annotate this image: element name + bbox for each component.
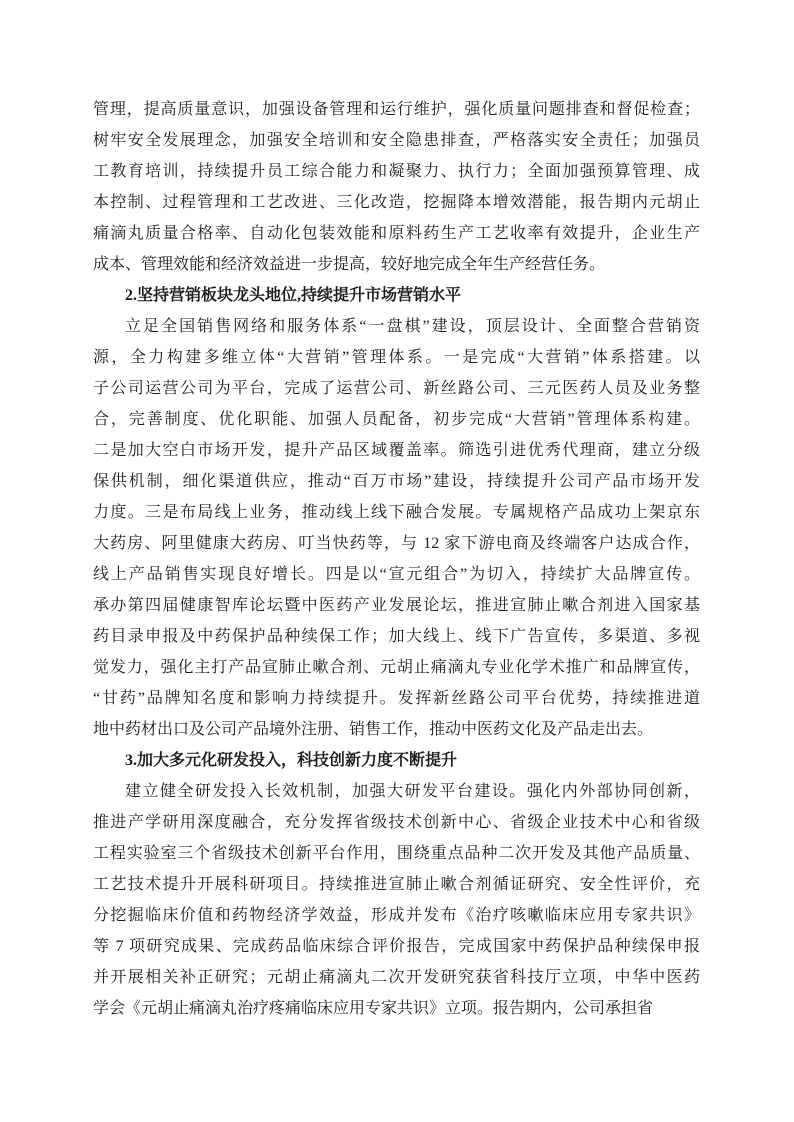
document-page: 管理，提高质量意识，加强设备管理和运行维护，强化质量问题排查和督促检查；树牢安全… [0, 0, 794, 1122]
text-line: 合，完善制度、优化职能、加强人员配备，初步完成“大营销”管理体系构建。 [93, 404, 700, 435]
text-line: 痛滴丸质量合格率、自动化包装效能和原料药生产工艺收率有效提升，企业生产 [93, 218, 700, 249]
paragraph: 立足全国销售网络和服务体系“一盘棋”建设，顶层设计、全面整合营销资源，全力构建多… [93, 311, 700, 745]
text-line: 等 7 项研究成果、完成药品临床综合评价报告，完成国家中药保护品种续保申报 [93, 931, 700, 962]
text-line: 建立健全研发投入长效机制，加强大研发平台建设。强化内外部协同创新， [93, 776, 700, 807]
text-line: 工教育培训，持续提升员工综合能力和凝聚力、执行力；全面加强预算管理、成 [93, 156, 700, 187]
section-heading: 3.加大多元化研发投入，科技创新力度不断提升 [93, 745, 700, 776]
text-line: 线上产品销售实现良好增长。四是以“宣元组合”为切入，持续扩大品牌宣传。 [93, 559, 700, 590]
text-line: 大药房、阿里健康大药房、叮当快药等，与 12 家下游电商及终端客户达成合作， [93, 528, 700, 559]
text-line: 地中药材出口及公司产品境外注册、销售工作，推动中医药文化及产品走出去。 [93, 714, 700, 745]
text-line: 二是加大空白市场开发，提升产品区域覆盖率。筛选引进优秀代理商，建立分级 [93, 435, 700, 466]
text-line: 源，全力构建多维立体“大营销”管理体系。一是完成“大营销”体系搭建。以 [93, 342, 700, 373]
text-line: 药目录申报及中药保护品种续保工作；加大线上、线下广告宣传，多渠道、多视 [93, 621, 700, 652]
text-line: 保供机制，细化渠道供应，推动“百万市场”建设，持续提升公司产品市场开发 [93, 466, 700, 497]
text-line: 分挖掘临床价值和药物经济学效益，形成并发布《治疗咳嗽临床应用专家共识》 [93, 900, 700, 931]
text-line: 立足全国销售网络和服务体系“一盘棋”建设，顶层设计、全面整合营销资 [93, 311, 700, 342]
document-body: 管理，提高质量意识，加强设备管理和运行维护，强化质量问题排查和督促检查；树牢安全… [93, 94, 700, 1024]
text-line: “甘药”品牌知名度和影响力持续提升。发挥新丝路公司平台优势，持续推进道 [93, 683, 700, 714]
text-line: 工艺技术提升开展科研项目。持续推进宣肺止嗽合剂循证研究、安全性评价，充 [93, 869, 700, 900]
paragraph: 管理，提高质量意识，加强设备管理和运行维护，强化质量问题排查和督促检查；树牢安全… [93, 94, 700, 280]
section-heading: 2.坚持营销板块龙头地位,持续提升市场营销水平 [93, 280, 700, 311]
text-line: 管理，提高质量意识，加强设备管理和运行维护，强化质量问题排查和督促检查； [93, 94, 700, 125]
text-line: 子公司运营公司为平台，完成了运营公司、新丝路公司、三元医药人员及业务整 [93, 373, 700, 404]
text-line: 本控制、过程管理和工艺改进、三化改造，挖掘降本增效潜能，报告期内元胡止 [93, 187, 700, 218]
text-line: 并开展相关补正研究；元胡止痛滴丸二次开发研究获省科技厅立项，中华中医药 [93, 962, 700, 993]
text-line: 树牢安全发展理念，加强安全培训和安全隐患排查，严格落实安全责任；加强员 [93, 125, 700, 156]
text-line: 推进产学研用深度融合，充分发挥省级技术创新中心、省级企业技术中心和省级 [93, 807, 700, 838]
text-line: 学会《元胡止痛滴丸治疗疼痛临床应用专家共识》立项。报告期内，公司承担省 [93, 993, 700, 1024]
text-line: 力度。三是布局线上业务，推动线上线下融合发展。专属规格产品成功上架京东 [93, 497, 700, 528]
paragraph: 建立健全研发投入长效机制，加强大研发平台建设。强化内外部协同创新，推进产学研用深… [93, 776, 700, 1024]
text-line: 成本、管理效能和经济效益进一步提高，较好地完成全年生产经营任务。 [93, 249, 700, 280]
text-line: 承办第四届健康智库论坛暨中医药产业发展论坛，推进宣肺止嗽合剂进入国家基 [93, 590, 700, 621]
text-line: 觉发力，强化主打产品宣肺止嗽合剂、元胡止痛滴丸专业化学术推广和品牌宣传， [93, 652, 700, 683]
text-line: 工程实验室三个省级技术创新平台作用，围绕重点品种二次开发及其他产品质量、 [93, 838, 700, 869]
